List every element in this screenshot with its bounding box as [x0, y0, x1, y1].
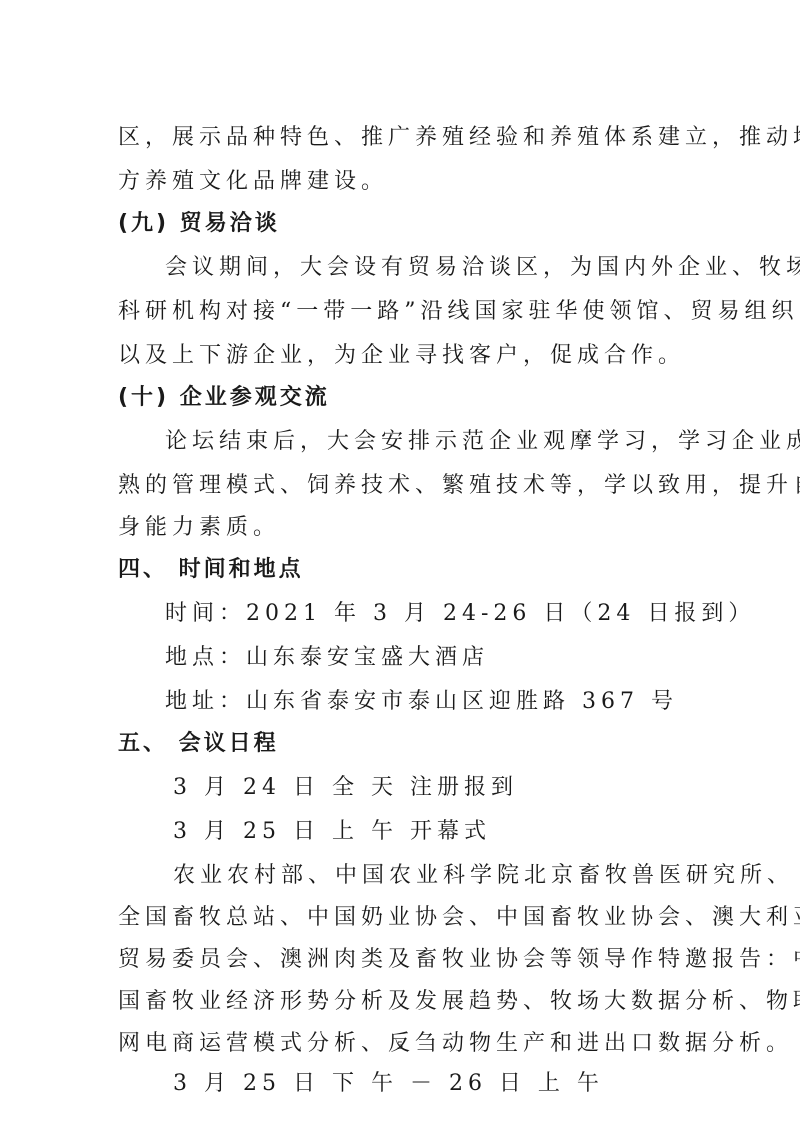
section-heading-schedule: 五、 会议日程 — [118, 730, 279, 758]
section-heading-time-place: 四、 时间和地点 — [118, 556, 304, 584]
event-venue: 地点：山东泰安宝盛大酒店 — [165, 644, 489, 672]
body-text-line: 贸易委员会、澳洲肉类及畜牧业协会等领导作特邀报告：中 — [118, 946, 800, 974]
page-number: 5 — [0, 1038, 800, 1053]
event-time: 时间：2021 年 3 月 24-26 日（24 日报到） — [165, 600, 755, 628]
body-text-line: 熟的管理模式、饲养技术、繁殖技术等，学以致用，提升自 — [118, 472, 800, 500]
schedule-item: 3 月 25 日 下 午 － 26 日 上 午 — [173, 1070, 604, 1098]
body-text-line: 区，展示品种特色、推广养殖经验和养殖体系建立，推动地 — [118, 124, 800, 152]
schedule-item: 3 月 24 日 全 天 注册报到 — [173, 774, 518, 802]
body-text-line: 全国畜牧总站、中国奶业协会、中国畜牧业协会、澳大利亚 — [118, 904, 800, 932]
body-text-line: 农业农村部、中国农业科学院北京畜牧兽医研究所、 — [173, 862, 794, 890]
body-text-line: 国畜牧业经济形势分析及发展趋势、牧场大数据分析、物联 — [118, 988, 800, 1016]
body-text-line: 会议期间，大会设有贸易洽谈区，为国内外企业、牧场、 — [165, 254, 800, 282]
body-text-line: 论坛结束后，大会安排示范企业观摩学习，学习企业成 — [165, 428, 800, 456]
body-text-line: 身能力素质。 — [118, 514, 280, 542]
body-text-line: 科研机构对接“一带一路”沿线国家驻华使领馆、贸易组织 — [118, 298, 799, 326]
event-address: 地址：山东省泰安市泰山区迎胜路 367 号 — [165, 688, 678, 716]
section-heading-enterprise-visit: (十) 企业参观交流 — [118, 384, 330, 412]
body-text-line: 方养殖文化品牌建设。 — [118, 168, 388, 196]
section-heading-trade-negotiation: (九) 贸易洽谈 — [118, 210, 280, 238]
body-text-line: 以及上下游企业，为企业寻找客户，促成合作。 — [118, 342, 685, 370]
schedule-item: 3 月 25 日 上 午 开幕式 — [173, 818, 491, 846]
